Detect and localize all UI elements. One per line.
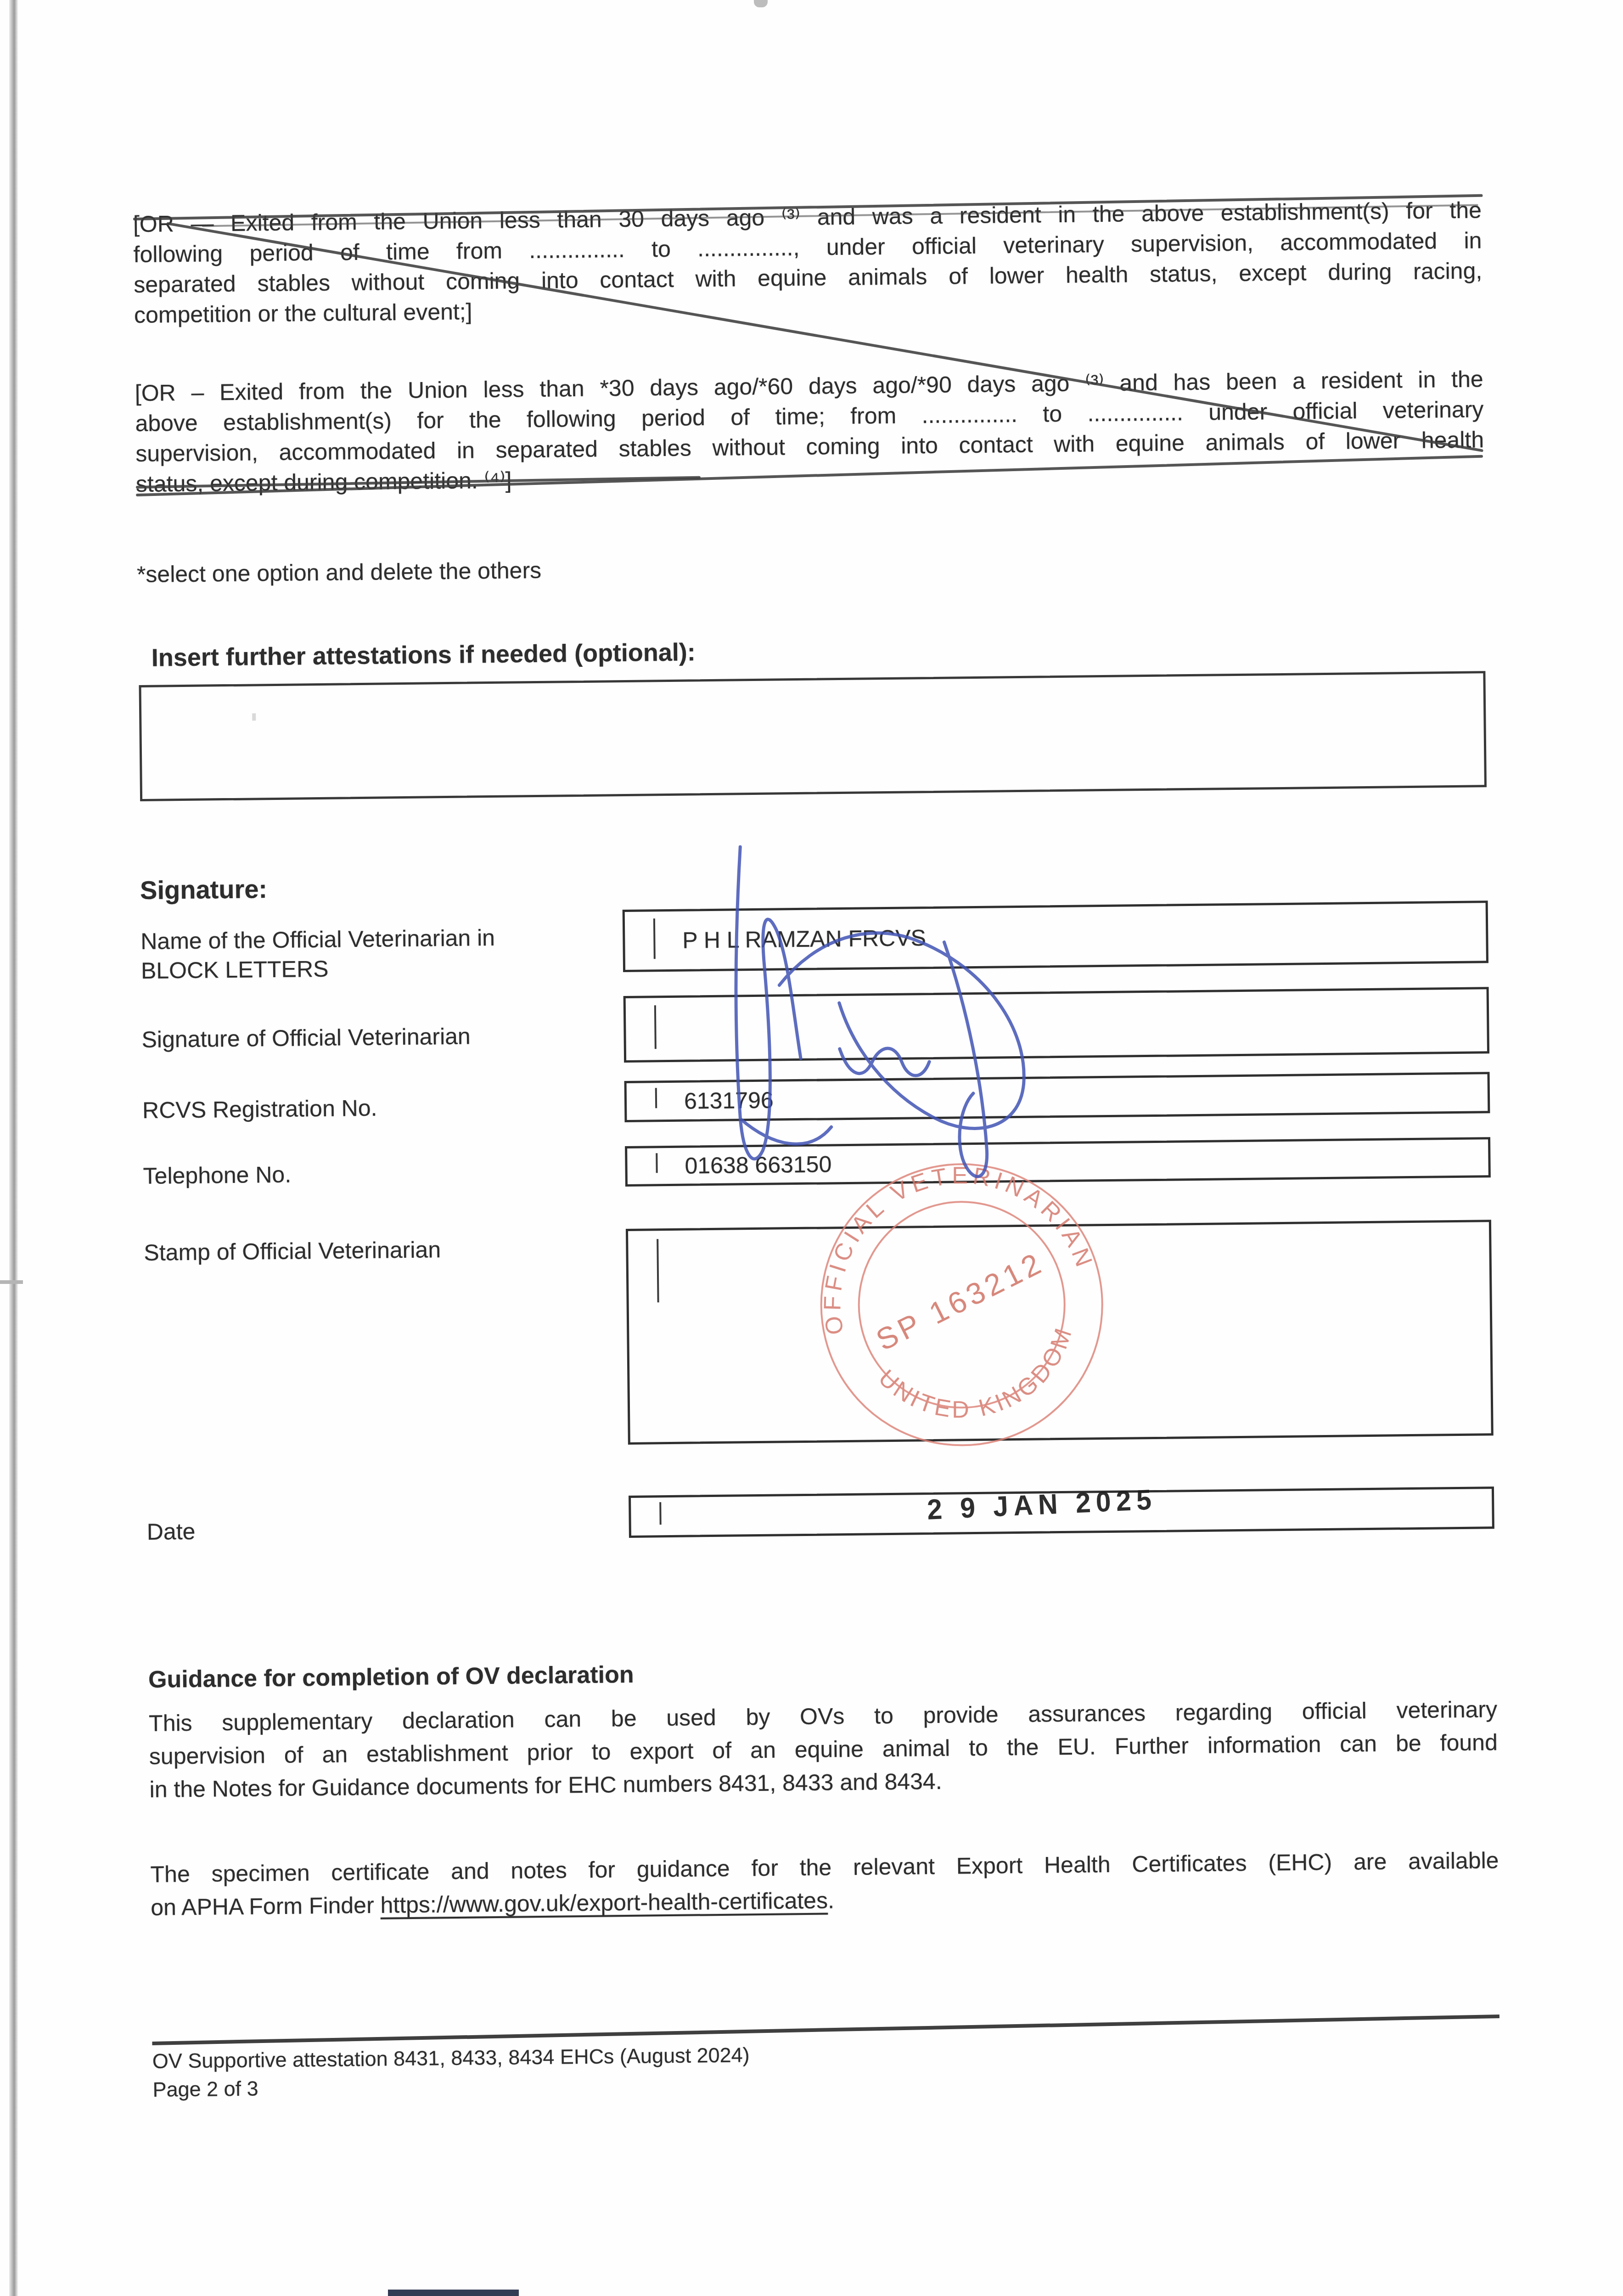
name-label: Name of the Official Veterinarian in BLO…	[140, 922, 609, 985]
scan-speck	[252, 713, 256, 720]
specimen-paragraph: The specimen certificate and notes for g…	[150, 1844, 1499, 1924]
scanned-certificate-page: [OR — Exited from the Union less than 30…	[0, 0, 1623, 2296]
field-tick-mark	[657, 1239, 659, 1303]
name-label-line1: Name of the Official Veterinarian in	[140, 922, 609, 956]
stamp-label: Stamp of Official Veterinarian	[144, 1233, 612, 1267]
telephone-label: Telephone No.	[143, 1156, 612, 1191]
insert-attestations-heading: Insert further attestations if needed (o…	[152, 638, 696, 672]
guidance-heading: Guidance for completion of OV declaratio…	[148, 1661, 634, 1694]
field-tick-mark	[659, 1502, 662, 1525]
footer-doc-reference: OV Supportive attestation 8431, 8433, 84…	[152, 2042, 750, 2075]
stamp-number-text: SP 163212	[870, 1245, 1049, 1357]
document-content: [OR — Exited from the Union less than 30…	[0, 0, 1623, 2296]
name-label-line2: BLOCK LETTERS	[141, 951, 610, 985]
signature-scribble	[631, 831, 1071, 1203]
further-attestations-box[interactable]	[139, 671, 1486, 801]
signature-label: Signature of Official Veterinarian	[141, 1020, 610, 1054]
signature-section-heading: Signature:	[140, 874, 268, 905]
guidance-paragraph: This supplementary declaration can be us…	[149, 1693, 1498, 1806]
attestation-option2-paragraph: [OR – Exited from the Union less than *3…	[135, 364, 1484, 499]
export-health-certificates-link[interactable]: https://www.gov.uk/export-health-certifi…	[380, 1887, 828, 1918]
specimen-link-prefix: on APHA Form Finder	[151, 1892, 381, 1920]
footer-rule	[152, 2015, 1499, 2045]
rcvs-label: RCVS Registration No.	[142, 1091, 611, 1125]
specimen-link-suffix: .	[828, 1887, 834, 1913]
date-label: Date	[146, 1512, 615, 1547]
select-option-note: *select one option and delete the others	[137, 557, 542, 588]
footer-page-number: Page 2 of 3	[152, 2075, 258, 2103]
